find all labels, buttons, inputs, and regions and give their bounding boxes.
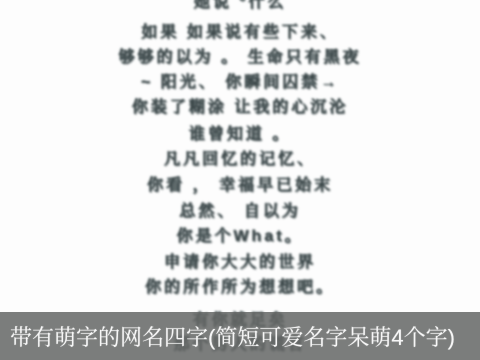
blurred-lyric-line: 你是个What。 xyxy=(0,228,480,245)
caption-title: 带有萌字的网名四字(简短可爱名字呆萌4个字) xyxy=(0,321,455,352)
blurred-lyric-line: 凡凡回忆的记忆、 xyxy=(0,151,480,168)
blurred-lyric-line: 够够的以为 。 生命只有黑夜 xyxy=(0,49,480,66)
blurred-lyric-line: 她说 °什么 xyxy=(0,0,480,11)
caption-bar: 带有萌字的网名四字(简短可爱名字呆萌4个字) xyxy=(0,312,480,360)
blurred-lyric-line: 如果 如果说有些下来、 xyxy=(0,24,480,41)
lyrics-card-image: 她说 °什么 如果 如果说有些下来、 够够的以为 。 生命只有黑夜 ~ 阳光、 … xyxy=(0,0,480,360)
blurred-lyric-line: 总然、 自以为 xyxy=(0,203,480,220)
blurred-lyric-line: ~ 阳光、 你瞬间囚禁→ xyxy=(0,74,480,91)
blurred-lyric-line: 谁曾知道 。 xyxy=(0,126,480,143)
blurred-lyric-line: 你装了糊涂 让我的心沉沦 xyxy=(0,99,480,116)
blurred-lyric-line: 你看 ， 幸福早已始末 xyxy=(0,177,480,194)
blurred-lyric-line: 申请你大大的世界 xyxy=(0,254,480,271)
blurred-lyric-line: 你的所作所为想想吧。 xyxy=(0,279,480,296)
